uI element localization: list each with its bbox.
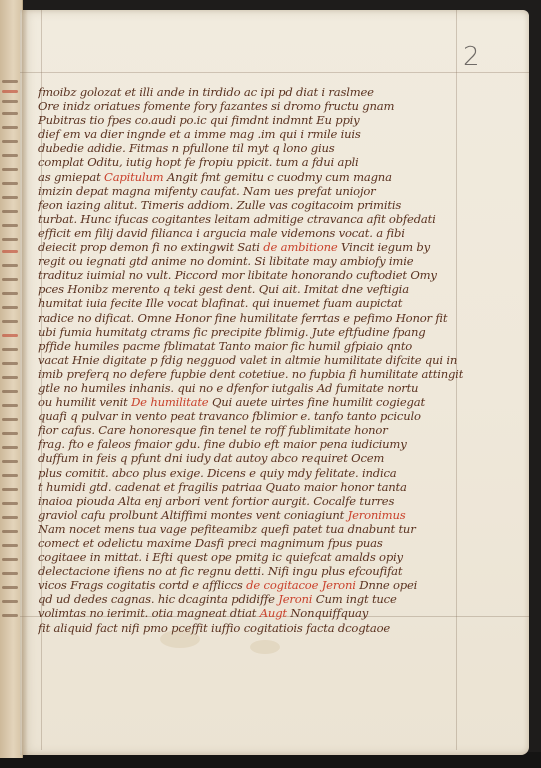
- ink-fragment: [2, 600, 18, 603]
- text-line: fmoibz golozat et illi ande in tirdido a…: [38, 85, 463, 99]
- line-text: graviol cafu prolbunt Altiffimi montes v…: [38, 508, 344, 522]
- ink-fragment: [2, 558, 18, 561]
- text-line: gtle no humiles inhanis. qui no e dfenfo…: [38, 381, 463, 395]
- text-line: imib preferq no defere fupbie dent cotet…: [38, 367, 463, 381]
- line-text: imib preferq no defere fupbie dent cotet…: [38, 367, 463, 381]
- line-text: qd ud dedes cagnas. hic dcaginta pdidiff…: [38, 592, 275, 606]
- line-text: ou humilit venit: [38, 395, 128, 409]
- text-line: quafi q pulvar in vento peat travanco fb…: [38, 409, 463, 423]
- line-text-continued: Vincit iegum by: [338, 240, 430, 254]
- text-line: deiecit prop demon fi no extingwit Sati …: [38, 240, 463, 254]
- text-line: qd ud dedes cagnas. hic dcaginta pdidiff…: [38, 592, 463, 606]
- rubric: Augt: [260, 606, 287, 620]
- parchment-stain: [250, 640, 280, 654]
- ink-fragment: [2, 80, 18, 83]
- text-line: delectacione ifiens no at fic regnu dett…: [38, 564, 463, 578]
- line-text: dief em va dier ingnde et a imme mag .im…: [38, 127, 361, 141]
- text-line: Nam nocet mens tua vage pefiteamibz quef…: [38, 522, 463, 536]
- ink-fragment: [2, 126, 18, 129]
- ink-fragment: [2, 238, 18, 241]
- line-text: tradituz iuimial no vult. Piccord mor li…: [38, 268, 437, 282]
- ink-fragment: [2, 140, 18, 143]
- text-line: frag. fto e faleos fmaior gdu. fine dubi…: [38, 437, 463, 451]
- ink-fragment: [2, 446, 18, 449]
- text-line: duffum in feis q pfunt dni iudy dat auto…: [38, 451, 463, 465]
- text-line: feon iazing alitut. Timeris addiom. Zull…: [38, 198, 463, 212]
- line-text: feon iazing alitut. Timeris addiom. Zull…: [38, 198, 401, 212]
- rubric: Jeroni: [278, 592, 312, 606]
- ink-fragment: [2, 348, 18, 351]
- line-text: Pubitras tio fpes co.audi po.ic qui fimd…: [38, 113, 360, 127]
- ink-fragment: [2, 154, 18, 157]
- line-text: duffum in feis q pfunt dni iudy dat auto…: [38, 451, 384, 465]
- line-text: regit ou iegnati gtd anime no domint. Si…: [38, 254, 413, 268]
- rubric: Jeronimus: [348, 508, 406, 522]
- text-line: graviol cafu prolbunt Altiffimi montes v…: [38, 508, 463, 522]
- line-text: pces Honibz merento q teki gest dent. Qu…: [38, 282, 409, 296]
- text-line: vacat Hnie digitate p fdig negguod valet…: [38, 353, 463, 367]
- ink-fragment: [2, 306, 18, 309]
- text-line: inaioa piouda Alta enj arbori vent forti…: [38, 494, 463, 508]
- line-text: vacat Hnie digitate p fdig negguod valet…: [38, 353, 457, 367]
- ink-fragment: [2, 516, 18, 519]
- line-text-continued: Cum ingt tuce: [312, 592, 396, 606]
- line-text: deiecit prop demon fi no extingwit Sati: [38, 240, 260, 254]
- ink-fragment: [2, 614, 18, 617]
- text-line: Pubitras tio fpes co.audi po.ic qui fimd…: [38, 113, 463, 127]
- text-line: pffide humiles pacme fblimatat Tanto mai…: [38, 339, 463, 353]
- line-text: imizin depat magna mifenty caufat. Nam u…: [38, 184, 375, 198]
- line-text: inaioa piouda Alta enj arbori vent forti…: [38, 494, 394, 508]
- text-line: vicos Frags cogitatis cortd e affliccs d…: [38, 578, 463, 592]
- ink-fragment: [2, 460, 18, 463]
- line-text: frag. fto e faleos fmaior gdu. fine dubi…: [38, 437, 407, 451]
- line-text: comect et odelictu maxime Dasfi preci ma…: [38, 536, 383, 550]
- line-text: complat Oditu, iutig hopt fe fropiu ppic…: [38, 155, 359, 169]
- text-line: radice no dificat. Omne Honor fine humil…: [38, 311, 463, 325]
- text-line: dubedie adidie. Fitmas n pfullone til my…: [38, 141, 463, 155]
- ink-fragment: [2, 474, 18, 477]
- ruling-top: [20, 72, 529, 73]
- text-line: volimtas no ierimit. otia magneat dtiat …: [38, 606, 463, 620]
- line-text: cogitaee in mittat. i Efti quest ope pmi…: [38, 550, 403, 564]
- ink-fragment: [2, 488, 18, 491]
- line-text: ubi fumia humitatg ctrams fic precipite …: [38, 325, 425, 339]
- line-text: fit aliquid fact nifi pmo pceffit iuffio…: [38, 621, 390, 635]
- ink-fragment: [2, 182, 18, 185]
- ink-fragment: [2, 432, 18, 435]
- ink-fragment: [2, 502, 18, 505]
- rubric: de cogitacoe Jeroni: [246, 578, 356, 592]
- text-line: cogitaee in mittat. i Efti quest ope pmi…: [38, 550, 463, 564]
- ink-fragment: [2, 210, 18, 213]
- text-line: humitat iuia fecite Ille vocat blafinat.…: [38, 296, 463, 310]
- line-text: fmoibz golozat et illi ande in tirdido a…: [38, 85, 374, 99]
- ink-fragment: [2, 376, 18, 379]
- rubric: Capitulum: [104, 170, 163, 184]
- text-line: turbat. Hunc ifucas cogitantes leitam ad…: [38, 212, 463, 226]
- text-line: pces Honibz merento q teki gest dent. Qu…: [38, 282, 463, 296]
- line-text: efficit em filij david filianca i arguci…: [38, 226, 405, 240]
- line-text: humitat iuia fecite Ille vocat blafinat.…: [38, 296, 402, 310]
- rubric: De humilitate: [131, 395, 208, 409]
- line-text: plus comitit. abco plus exige. Dicens e …: [38, 466, 397, 480]
- text-line: comect et odelictu maxime Dasfi preci ma…: [38, 536, 463, 550]
- ink-fragment: [2, 530, 18, 533]
- ink-fragment: [2, 418, 18, 421]
- text-line: dief em va dier ingnde et a imme mag .im…: [38, 127, 463, 141]
- ink-fragment: [2, 112, 18, 115]
- ink-fragment: [2, 404, 18, 407]
- rubric-fragment: [2, 334, 18, 337]
- ink-fragment: [2, 390, 18, 393]
- text-line: complat Oditu, iutig hopt fe fropiu ppic…: [38, 155, 463, 169]
- gutter-shadow: [22, 10, 28, 755]
- text-line: efficit em filij david filianca i arguci…: [38, 226, 463, 240]
- text-line: imizin depat magna mifenty caufat. Nam u…: [38, 184, 463, 198]
- ink-fragment: [2, 278, 18, 281]
- text-line: ubi fumia humitatg ctrams fic precipite …: [38, 325, 463, 339]
- ink-fragment: [2, 168, 18, 171]
- line-text: as gmiepat: [38, 170, 101, 184]
- ink-fragment: [2, 362, 18, 365]
- line-text-continued: Angit fmt gemitu c cuodmy cum magna: [163, 170, 391, 184]
- ink-fragment: [2, 100, 18, 103]
- ink-fragment: [2, 320, 18, 323]
- text-line: t humidi gtd. cadenat et fragilis patria…: [38, 480, 463, 494]
- ink-fragment: [2, 196, 18, 199]
- line-text: delectacione ifiens no at fic regnu dett…: [38, 564, 402, 578]
- manuscript-text: fmoibz golozat et illi ande in tirdido a…: [38, 85, 463, 635]
- rubric-fragment: [2, 250, 18, 253]
- text-line: fit aliquid fact nifi pmo pceffit iuffio…: [38, 621, 463, 635]
- line-text: Nam nocet mens tua vage pefiteamibz quef…: [38, 522, 416, 536]
- line-text: vicos Frags cogitatis cortd e affliccs: [38, 578, 243, 592]
- line-text: gtle no humiles inhanis. qui no e dfenfo…: [38, 381, 418, 395]
- line-text: Ore inidz oriatues fomente fory fazantes…: [38, 99, 394, 113]
- text-line: ou humilit venit De humilitate Qui auete…: [38, 395, 463, 409]
- line-text: volimtas no ierimit. otia magneat dtiat: [38, 606, 256, 620]
- line-text-continued: Qui auete uirtes fine humilit cogiegat: [208, 395, 424, 409]
- text-line: plus comitit. abco plus exige. Dicens e …: [38, 466, 463, 480]
- ink-fragment: [2, 292, 18, 295]
- text-line: as gmiepat Capitulum Angit fmt gemitu c …: [38, 170, 463, 184]
- ink-fragment: [2, 586, 18, 589]
- rubric-fragment: [2, 90, 18, 93]
- line-text-continued: Nonquiffquay: [287, 606, 368, 620]
- line-text-continued: Dnne opei: [356, 578, 417, 592]
- text-line: regit ou iegnati gtd anime no domint. Si…: [38, 254, 463, 268]
- line-text: turbat. Hunc ifucas cogitantes leitam ad…: [38, 212, 436, 226]
- text-line: tradituz iuimial no vult. Piccord mor li…: [38, 268, 463, 282]
- text-line: Ore inidz oriatues fomente fory fazantes…: [38, 99, 463, 113]
- line-text: radice no dificat. Omne Honor fine humil…: [38, 311, 447, 325]
- line-text: pffide humiles pacme fblimatat Tanto mai…: [38, 339, 412, 353]
- text-line: fior cafus. Care honoresque fin tenel te…: [38, 423, 463, 437]
- rubric: de ambitione: [263, 240, 337, 254]
- line-text: quafi q pulvar in vento peat travanco fb…: [38, 409, 421, 423]
- line-text: fior cafus. Care honoresque fin tenel te…: [38, 423, 388, 437]
- ink-fragment: [2, 572, 18, 575]
- line-text: dubedie adidie. Fitmas n pfullone til my…: [38, 141, 334, 155]
- ink-fragment: [2, 544, 18, 547]
- ink-fragment: [2, 224, 18, 227]
- ink-fragment: [2, 264, 18, 267]
- folio-number: 2: [463, 42, 480, 72]
- line-text: t humidi gtd. cadenat et fragilis patria…: [38, 480, 407, 494]
